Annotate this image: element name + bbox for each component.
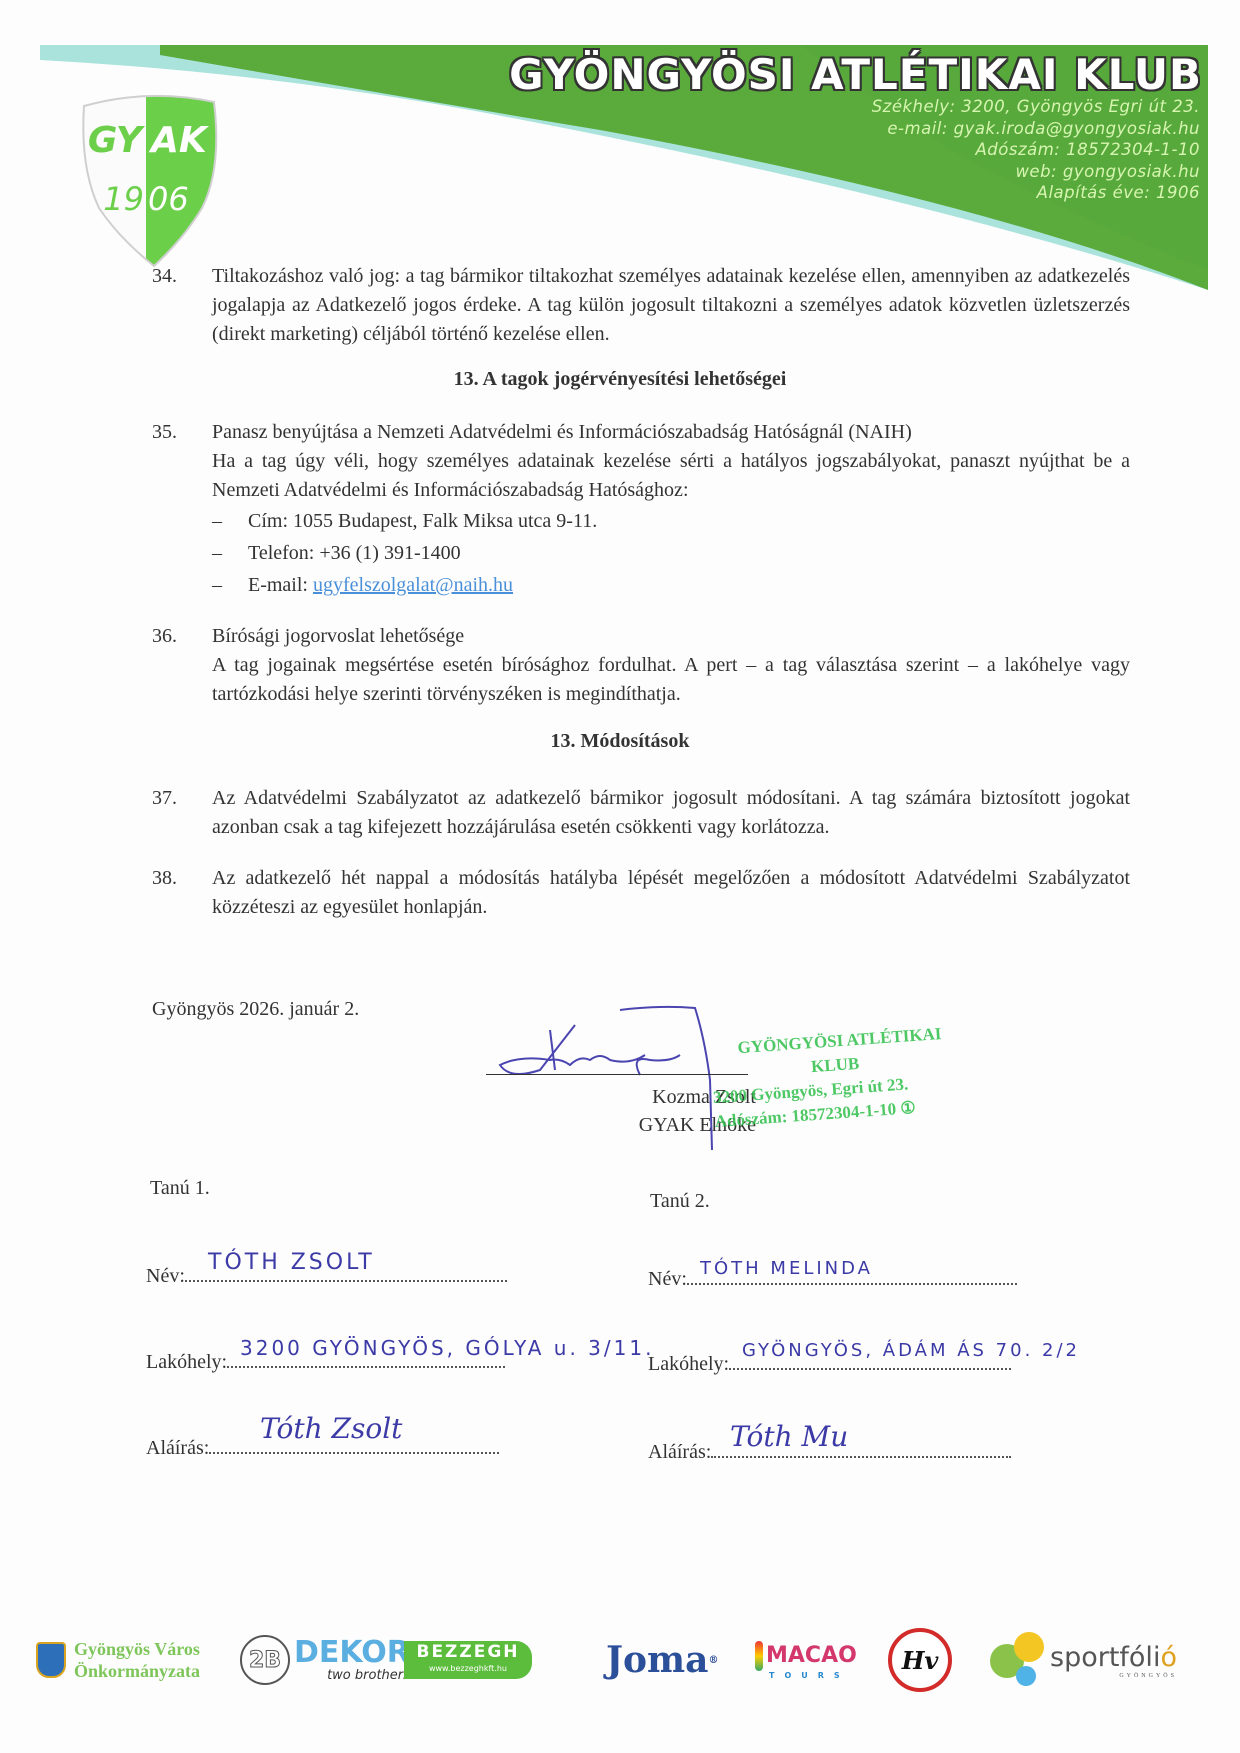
naih-contact-list: –Cím: 1055 Budapest, Falk Miksa utca 9-1… [212, 505, 1130, 601]
item-text: Az adatkezelő hét nappal a módosítás hat… [212, 864, 1130, 922]
section-heading-changes: 13. Módosítások [0, 730, 1240, 753]
witness-2-signature: Tóth Mu [730, 1420, 848, 1453]
list-item: –Telefon: +36 (1) 391-1400 [212, 537, 1130, 569]
item-number: 37. [152, 784, 177, 813]
witness-1-name-value: TÓTH ZSOLT [208, 1250, 375, 1275]
item-36: 36. Bírósági jogorvoslat lehetősége A ta… [152, 622, 1130, 709]
sponsor-2b-dekor: 2B DEKORtwo brothers [240, 1620, 410, 1700]
naih-address: Cím: 1055 Budapest, Falk Miksa utca 9-11… [248, 510, 597, 532]
2b-badge-icon: 2B [240, 1635, 290, 1685]
club-founded: Alapítás éve: 1906 [872, 182, 1200, 204]
item-title: Bírósági jogorvoslat lehetősége [212, 622, 1130, 651]
list-item: –E-mail: ugyfelszolgalat@naih.hu [212, 569, 1130, 601]
club-contact-info: Székhely: 3200, Gyöngyös Egri út 23. e-m… [872, 96, 1200, 204]
club-name: GYÖNGYÖSI ATLÉTIKAI KLUB [509, 50, 1202, 99]
coat-of-arms-icon [36, 1642, 66, 1678]
sponsor-sportfolio: sportfólióGYÖNGYÖS [990, 1620, 1177, 1700]
section-heading-rights: 13. A tagok jogérvényesítési lehetőségei [0, 368, 1240, 391]
parrot-icon [755, 1641, 763, 1671]
item-number: 35. [152, 418, 177, 447]
witness-2-name-value: TÓTH MELINDA [700, 1258, 873, 1279]
item-37: 37. Az Adatvédelmi Szabályzatot az adatk… [152, 784, 1130, 842]
place-and-date: Gyöngyös 2026. január 2. [152, 998, 359, 1021]
club-logo-shield: GY AK 19 06 [74, 88, 224, 268]
naih-email-label: E-mail: [248, 574, 313, 596]
sponsor-hv: Hv [888, 1620, 952, 1700]
hv-emblem-icon: Hv [888, 1628, 952, 1692]
club-website: web: gyongyosiak.hu [872, 161, 1200, 183]
naih-phone: Telefon: +36 (1) 391-1400 [248, 542, 461, 564]
svg-text:GY: GY [88, 120, 146, 161]
item-35: 35. Panasz benyújtása a Nemzeti Adatvéde… [152, 418, 1130, 601]
club-tax-number: Adószám: 18572304-1-10 [872, 139, 1200, 161]
dash-bullet: – [212, 569, 222, 601]
item-text: Tiltakozáshoz való jog: a tag bármikor t… [212, 262, 1130, 349]
sponsor-macao-tours: MACAO TOURS [755, 1620, 857, 1700]
item-number: 34. [152, 262, 177, 291]
sport-balls-icon [990, 1632, 1046, 1688]
witness-2-label: Tanú 2. [650, 1190, 710, 1213]
dash-bullet: – [212, 505, 222, 537]
item-number: 36. [152, 622, 177, 651]
witness-1-signature: Tóth Zsolt [260, 1412, 402, 1445]
list-item: –Cím: 1055 Budapest, Falk Miksa utca 9-1… [212, 505, 1130, 537]
witness-1-address-value: 3200 GYÖNGYÖS, GÓLYA u. 3/11. [240, 1336, 654, 1360]
svg-text:06: 06 [148, 180, 189, 218]
item-text: Az Adatvédelmi Szabályzatot az adatkezel… [212, 784, 1130, 842]
svg-text:19: 19 [103, 180, 144, 218]
item-title: Panasz benyújtása a Nemzeti Adatvédelmi … [212, 418, 1130, 447]
item-number: 38. [152, 864, 177, 893]
svg-text:AK: AK [148, 120, 210, 161]
witness-2-address-value: GYÖNGYÖS, ÁDÁM ÁS 70. 2/2 [742, 1340, 1080, 1361]
sponsor-joma: Joma® [606, 1620, 718, 1700]
witness-1-label: Tanú 1. [150, 1177, 210, 1200]
item-34: 34. Tiltakozáshoz való jog: a tag bármik… [152, 262, 1130, 349]
item-text: Ha a tag úgy véli, hogy személyes adatai… [212, 447, 1130, 505]
dash-bullet: – [212, 537, 222, 569]
sponsor-bezzegh: BEZZEGHwww.bezzeghkft.hu [404, 1620, 532, 1700]
club-address: Székhely: 3200, Gyöngyös Egri út 23. [872, 96, 1200, 118]
item-38: 38. Az adatkezelő hét nappal a módosítás… [152, 864, 1130, 922]
signature-line [486, 1074, 748, 1075]
naih-email-link[interactable]: ugyfelszolgalat@naih.hu [313, 574, 513, 596]
club-stamp: GYÖNGYÖSI ATLÉTIKAI KLUB 3200 Gyöngyös, … [709, 1022, 947, 1134]
item-text: A tag jogainak megsértése esetén bíróság… [212, 651, 1130, 709]
club-email: e-mail: gyak.iroda@gyongyosiak.hu [872, 118, 1200, 140]
sponsor-gyongyos-varos: Gyöngyös VárosÖnkormányzata [36, 1620, 200, 1700]
